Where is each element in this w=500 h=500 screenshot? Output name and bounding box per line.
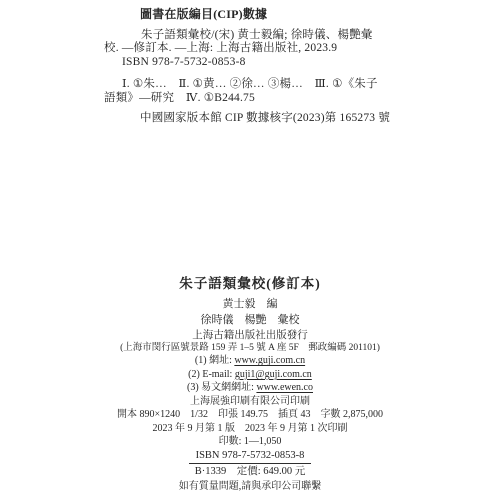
contact-ewen: (3) 易文網網址: www.ewen.co [0, 381, 500, 395]
book-title: 朱子語類彙校(修訂本) [0, 276, 500, 292]
contact-ewen-url: www.ewen.co [256, 382, 313, 393]
contact-email: (2) E-mail: guji1@guji.com.cn [0, 368, 500, 382]
quality-note: 如有質量問題,請與承印公司聯繫 [0, 480, 500, 494]
isbn-line: ISBN 978-7-5732-0853-8 [0, 449, 500, 462]
cip-class-line-2: 語類》—研究 Ⅳ. ①B244.75 [104, 92, 416, 106]
cip-entry-line-2: 校. —修訂本. —上海: 上海古籍出版社, 2023.9 [104, 42, 416, 56]
imprint-block: 朱子語類彙校(修訂本) 黄士毅 編 徐時儀 楊艷 彙校 上海古籍出版社出版發行 … [0, 276, 500, 493]
publisher-line: 上海古籍出版社出版發行 [0, 329, 500, 342]
cip-header: 圖書在版編目(CIP)數據 [140, 8, 416, 22]
contact-website-label: (1) 網址: [195, 355, 234, 366]
book-editor: 黄士毅 編 [0, 297, 500, 311]
book-number-price-line: B·1339 定價: 649.00 元 [0, 465, 500, 479]
print-run-line: 印數: 1—1,050 [0, 435, 500, 449]
cip-entry-line-1: 朱子語類彙校/(宋) 黄士毅編; 徐時儀、楊艷彙 [141, 29, 416, 43]
edition-line: 2023 年 9 月第 1 版 2023 年 9 月第 1 次印刷 [0, 422, 500, 436]
cip-block: 圖書在版編目(CIP)數據 朱子語類彙校/(宋) 黄士毅編; 徐時儀、楊艷彙 校… [104, 8, 416, 126]
contact-email-label: (2) E-mail: [188, 369, 235, 380]
contact-email-address: guji1@guji.com.cn [235, 369, 312, 380]
cip-class-line-1: Ⅰ. ①朱… Ⅱ. ①黄… ②徐… ③楊… Ⅲ. ①《朱子 [122, 78, 416, 92]
divider-rule [189, 463, 311, 464]
cip-classification: Ⅰ. ①朱… Ⅱ. ①黄… ②徐… ③楊… Ⅲ. ①《朱子 語類》—研究 Ⅳ. … [104, 78, 416, 105]
book-collators: 徐時儀 楊艷 彙校 [0, 313, 500, 327]
publisher-address: (上海市閔行區號景路 159 弄 1–5 號 A 座 5F 郵政編碼 20110… [0, 342, 500, 354]
cip-record-number: 中國國家版本館 CIP 數據核字(2023)第 165273 號 [140, 112, 416, 126]
printer-line: 上海展強印刷有限公司印刷 [0, 395, 500, 409]
colophon-page: 圖書在版編目(CIP)數據 朱子語類彙校/(宋) 黄士毅編; 徐時儀、楊艷彙 校… [0, 0, 500, 500]
contact-website-url: www.guji.com.cn [234, 355, 305, 366]
contact-website: (1) 網址: www.guji.com.cn [0, 354, 500, 368]
cip-isbn: ISBN 978-7-5732-0853-8 [122, 56, 416, 70]
format-line: 開本 890×1240 1/32 印張 149.75 插頁 43 字數 2,87… [0, 408, 500, 422]
cip-entry: 朱子語類彙校/(宋) 黄士毅編; 徐時儀、楊艷彙 校. —修訂本. —上海: 上… [104, 29, 416, 70]
contact-ewen-label: (3) 易文網網址: [187, 382, 256, 393]
